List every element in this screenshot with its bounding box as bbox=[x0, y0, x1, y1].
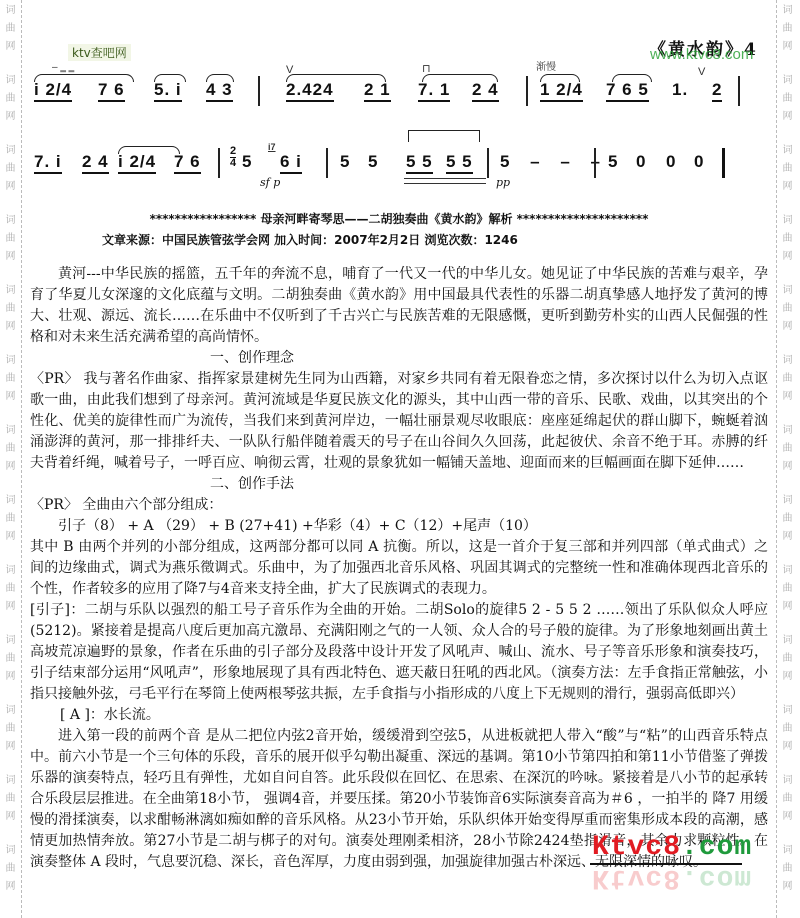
watermark-char: 网 bbox=[6, 38, 16, 56]
watermark-group: 词曲网 bbox=[0, 142, 21, 196]
paragraph: 〈PR〉 我与著名作曲家、指挥家景建树先生同为山西籍，对家乡共同有着无限眷恋之情… bbox=[30, 369, 768, 474]
watermark-char: 曲 bbox=[783, 230, 793, 248]
note-group: 2 4 bbox=[472, 80, 499, 102]
watermark-char: 词 bbox=[783, 772, 793, 790]
note: 5 bbox=[368, 152, 378, 172]
tempo-mark: 渐慢 bbox=[536, 58, 556, 73]
watermark-char: 曲 bbox=[783, 650, 793, 668]
note-group: 2 1 bbox=[364, 80, 391, 102]
watermark-char: 网 bbox=[6, 248, 16, 266]
watermark-char: 曲 bbox=[6, 440, 16, 458]
watermark-char: 曲 bbox=[6, 790, 16, 808]
watermark-char: 词 bbox=[6, 842, 16, 860]
watermark-char: 网 bbox=[6, 458, 16, 476]
paragraph: 其中 B 由两个并列的小部分组成，这两部分都可以同 A 抗衡。所以，这是一首介于… bbox=[30, 537, 768, 600]
watermark-char: 曲 bbox=[6, 90, 16, 108]
watermark-group: 词曲网 bbox=[0, 492, 21, 546]
watermark-char: 词 bbox=[783, 142, 793, 160]
watermark-char: 曲 bbox=[6, 860, 16, 878]
barline bbox=[258, 76, 260, 106]
watermark-char: 词 bbox=[6, 562, 16, 580]
section-heading: 一、创作理念 bbox=[30, 348, 768, 369]
note-sustained: 5 – – – bbox=[500, 152, 608, 172]
watermark-char: 曲 bbox=[783, 20, 793, 38]
side-watermark-right: 词曲网词曲网词曲网词曲网词曲网词曲网词曲网词曲网词曲网词曲网词曲网词曲网词曲网 bbox=[776, 0, 798, 918]
note-group: 7 6 5 bbox=[606, 80, 649, 102]
watermark-char: 网 bbox=[6, 808, 16, 826]
subsection-heading: [ A ]：水长流。 bbox=[30, 705, 768, 726]
watermark-char: 曲 bbox=[6, 720, 16, 738]
watermark-char: 曲 bbox=[6, 160, 16, 178]
grace-note: i7 bbox=[268, 142, 276, 152]
watermark-char: 词 bbox=[6, 422, 16, 440]
note-group: 5 5 bbox=[406, 152, 433, 174]
article-title: ***************** 母亲河畔寄琴思——二胡独奏曲《黄水韵》解析 … bbox=[22, 210, 776, 227]
watermark-group: 词曲网 bbox=[0, 282, 21, 336]
watermark-char: 曲 bbox=[6, 230, 16, 248]
watermark-char: 词 bbox=[783, 212, 793, 230]
watermark-group: 词曲网 bbox=[777, 562, 798, 616]
watermark-group: 词曲网 bbox=[777, 492, 798, 546]
watermark-char: 曲 bbox=[783, 370, 793, 388]
watermark-char: 网 bbox=[783, 878, 793, 896]
watermark-char: 词 bbox=[783, 2, 793, 20]
watermark-char: 曲 bbox=[783, 160, 793, 178]
watermark-char: 曲 bbox=[783, 440, 793, 458]
harmonic-bracket bbox=[408, 130, 480, 142]
watermark-group: 词曲网 bbox=[0, 702, 21, 756]
article-meta: 文章来源：中国民族管弦学会网 加入时间：2007年2月2日 浏览次数：1246 bbox=[102, 231, 518, 248]
article-body: 黄河---中华民族的摇篮，五千年的奔流不息，哺育了一代又一代的中华儿女。她见证了… bbox=[30, 264, 768, 873]
watermark-group: 词曲网 bbox=[777, 352, 798, 406]
watermark-char: 网 bbox=[6, 178, 16, 196]
score-row-1: – ‗ ‗ i 2/4 7 6 5. i 4 3 V 2.424 2 1 ⊓ 7… bbox=[22, 62, 776, 112]
watermark-char: 曲 bbox=[6, 370, 16, 388]
dynamic-pp: pp bbox=[496, 176, 510, 189]
note-group: 2.424 bbox=[286, 80, 334, 102]
watermark-char: 词 bbox=[783, 72, 793, 90]
note: 5 bbox=[242, 152, 252, 172]
dynamic-sfp: sf p bbox=[260, 176, 280, 189]
watermark-group: 词曲网 bbox=[777, 702, 798, 756]
watermark-group: 词曲网 bbox=[777, 842, 798, 896]
rest: 0 bbox=[636, 152, 646, 172]
paragraph: [引子]：二胡与乐队以强烈的船工号子音乐作为全曲的开始。二胡Solo的旋律5 2… bbox=[30, 600, 768, 705]
watermark-group: 词曲网 bbox=[0, 562, 21, 616]
watermark-group: 词曲网 bbox=[0, 212, 21, 266]
watermark-char: 词 bbox=[783, 702, 793, 720]
note-group: 2 4 bbox=[82, 152, 109, 174]
barline bbox=[738, 76, 740, 106]
watermark-group: 词曲网 bbox=[777, 282, 798, 336]
watermark-char: 曲 bbox=[6, 510, 16, 528]
barline bbox=[487, 148, 489, 178]
note: 2 bbox=[712, 80, 722, 102]
watermark-char: 网 bbox=[783, 108, 793, 126]
watermark-char: 词 bbox=[783, 562, 793, 580]
barline bbox=[326, 148, 328, 178]
watermark-char: 网 bbox=[783, 318, 793, 336]
note-group: 7. 1 bbox=[418, 80, 450, 102]
watermark-char: 词 bbox=[783, 282, 793, 300]
rest: 0 bbox=[666, 152, 676, 172]
watermark-char: 词 bbox=[783, 352, 793, 370]
rest: 0 bbox=[694, 152, 704, 172]
watermark-char: 词 bbox=[6, 492, 16, 510]
music-score: ktv查吧网 《黄水韵》4 www.ktvc8.com – ‗ ‗ i 2/4 … bbox=[22, 0, 776, 200]
watermark-char: 词 bbox=[783, 422, 793, 440]
watermark-char: 网 bbox=[783, 38, 793, 56]
side-watermark-left: 词曲网词曲网词曲网词曲网词曲网词曲网词曲网词曲网词曲网词曲网词曲网词曲网词曲网 bbox=[0, 0, 22, 918]
watermark-char: 曲 bbox=[783, 860, 793, 878]
watermark-char: 网 bbox=[783, 528, 793, 546]
watermark-char: 词 bbox=[6, 282, 16, 300]
watermark-group: 词曲网 bbox=[0, 2, 21, 56]
watermark-char: 词 bbox=[783, 632, 793, 650]
watermark-char: 网 bbox=[783, 248, 793, 266]
watermark-char: 网 bbox=[6, 668, 16, 686]
decrescendo bbox=[404, 178, 486, 184]
note-group: 7. i bbox=[34, 152, 62, 174]
watermark-char: 网 bbox=[6, 528, 16, 546]
watermark-group: 词曲网 bbox=[777, 142, 798, 196]
site-tag: ktv查吧网 bbox=[68, 44, 131, 61]
note-group: 7 6 bbox=[98, 80, 125, 102]
watermark-char: 曲 bbox=[6, 580, 16, 598]
watermark-char: 词 bbox=[6, 2, 16, 20]
watermark-char: 曲 bbox=[783, 90, 793, 108]
watermark-char: 曲 bbox=[6, 300, 16, 318]
watermark-group: 词曲网 bbox=[0, 842, 21, 896]
watermark-char: 曲 bbox=[6, 650, 16, 668]
watermark-group: 词曲网 bbox=[0, 632, 21, 686]
watermark-char: 词 bbox=[6, 212, 16, 230]
note-group: 1 2/4 bbox=[540, 80, 583, 102]
note-group: 5. i bbox=[154, 80, 182, 102]
note-group: 7 6 bbox=[174, 152, 201, 174]
breath-mark: V bbox=[698, 66, 705, 78]
watermark-char: 词 bbox=[6, 702, 16, 720]
watermark-group: 词曲网 bbox=[0, 352, 21, 406]
watermark-char: 曲 bbox=[783, 510, 793, 528]
note-group: 5 5 bbox=[446, 152, 473, 174]
barline bbox=[526, 76, 528, 106]
watermark-group: 词曲网 bbox=[0, 422, 21, 476]
watermark-char: 词 bbox=[783, 492, 793, 510]
watermark-group: 词曲网 bbox=[777, 212, 798, 266]
fingering-mark: – ‗ ‗ bbox=[52, 62, 74, 73]
paragraph: 〈PR〉 全曲由六个部分组成： bbox=[30, 495, 768, 516]
note-group: i 2/4 bbox=[118, 152, 156, 174]
watermark-char: 词 bbox=[6, 142, 16, 160]
watermark-char: 网 bbox=[783, 178, 793, 196]
watermark-char: 词 bbox=[6, 772, 16, 790]
watermark-group: 词曲网 bbox=[0, 72, 21, 126]
watermark-char: 网 bbox=[783, 738, 793, 756]
watermark-char: 词 bbox=[783, 842, 793, 860]
watermark-group: 词曲网 bbox=[0, 772, 21, 826]
note: 1. bbox=[672, 80, 688, 100]
watermark-char: 网 bbox=[783, 388, 793, 406]
note: 5 bbox=[340, 152, 350, 172]
watermark-char: 词 bbox=[6, 72, 16, 90]
barline bbox=[594, 148, 596, 178]
final-barline bbox=[722, 148, 725, 178]
section-heading: 二、创作手法 bbox=[30, 474, 768, 495]
time-sig-den: 4 bbox=[230, 158, 236, 169]
watermark-char: 网 bbox=[783, 458, 793, 476]
watermark-char: 曲 bbox=[783, 580, 793, 598]
time-signature: 2 4 bbox=[230, 146, 236, 169]
watermark-group: 词曲网 bbox=[777, 2, 798, 56]
watermark-char: 曲 bbox=[783, 720, 793, 738]
watermark-char: 曲 bbox=[783, 790, 793, 808]
watermark-char: 网 bbox=[6, 108, 16, 126]
note: 5 bbox=[608, 152, 618, 172]
watermark-group: 词曲网 bbox=[777, 772, 798, 826]
watermark-char: 网 bbox=[783, 808, 793, 826]
note-group: i 2/4 bbox=[34, 80, 72, 102]
watermark-char: 网 bbox=[783, 598, 793, 616]
watermark-group: 词曲网 bbox=[777, 72, 798, 126]
watermark-char: 网 bbox=[6, 878, 16, 896]
watermark-char: 词 bbox=[6, 352, 16, 370]
url-watermark: www.ktvc8.com bbox=[650, 46, 753, 63]
barline bbox=[218, 148, 220, 178]
watermark-group: 词曲网 bbox=[777, 632, 798, 686]
structure-formula: 引子（8） + A （29） + B (27+41) +华彩（4）+ C（12）… bbox=[30, 516, 768, 537]
watermark-char: 网 bbox=[6, 318, 16, 336]
watermark-char: 曲 bbox=[783, 300, 793, 318]
watermark-group: 词曲网 bbox=[777, 422, 798, 476]
watermark-char: 网 bbox=[6, 388, 16, 406]
note-group: 4 3 bbox=[206, 80, 233, 102]
watermark-char: 网 bbox=[6, 738, 16, 756]
logo-watermark: Ktvc8.com bbox=[592, 832, 752, 863]
logo-reflection: Ktvc8.com bbox=[592, 862, 752, 893]
paragraph: 黄河---中华民族的摇篮，五千年的奔流不息，哺育了一代又一代的中华儿女。她见证了… bbox=[30, 264, 768, 348]
note-group: 6 i bbox=[280, 152, 302, 174]
watermark-char: 网 bbox=[783, 668, 793, 686]
watermark-char: 曲 bbox=[6, 20, 16, 38]
score-row-2: 7. i 2 4 i 2/4 7 6 2 4 5 i7 6 i sf p 5 5… bbox=[22, 142, 776, 192]
watermark-char: 网 bbox=[6, 598, 16, 616]
watermark-char: 词 bbox=[6, 632, 16, 650]
